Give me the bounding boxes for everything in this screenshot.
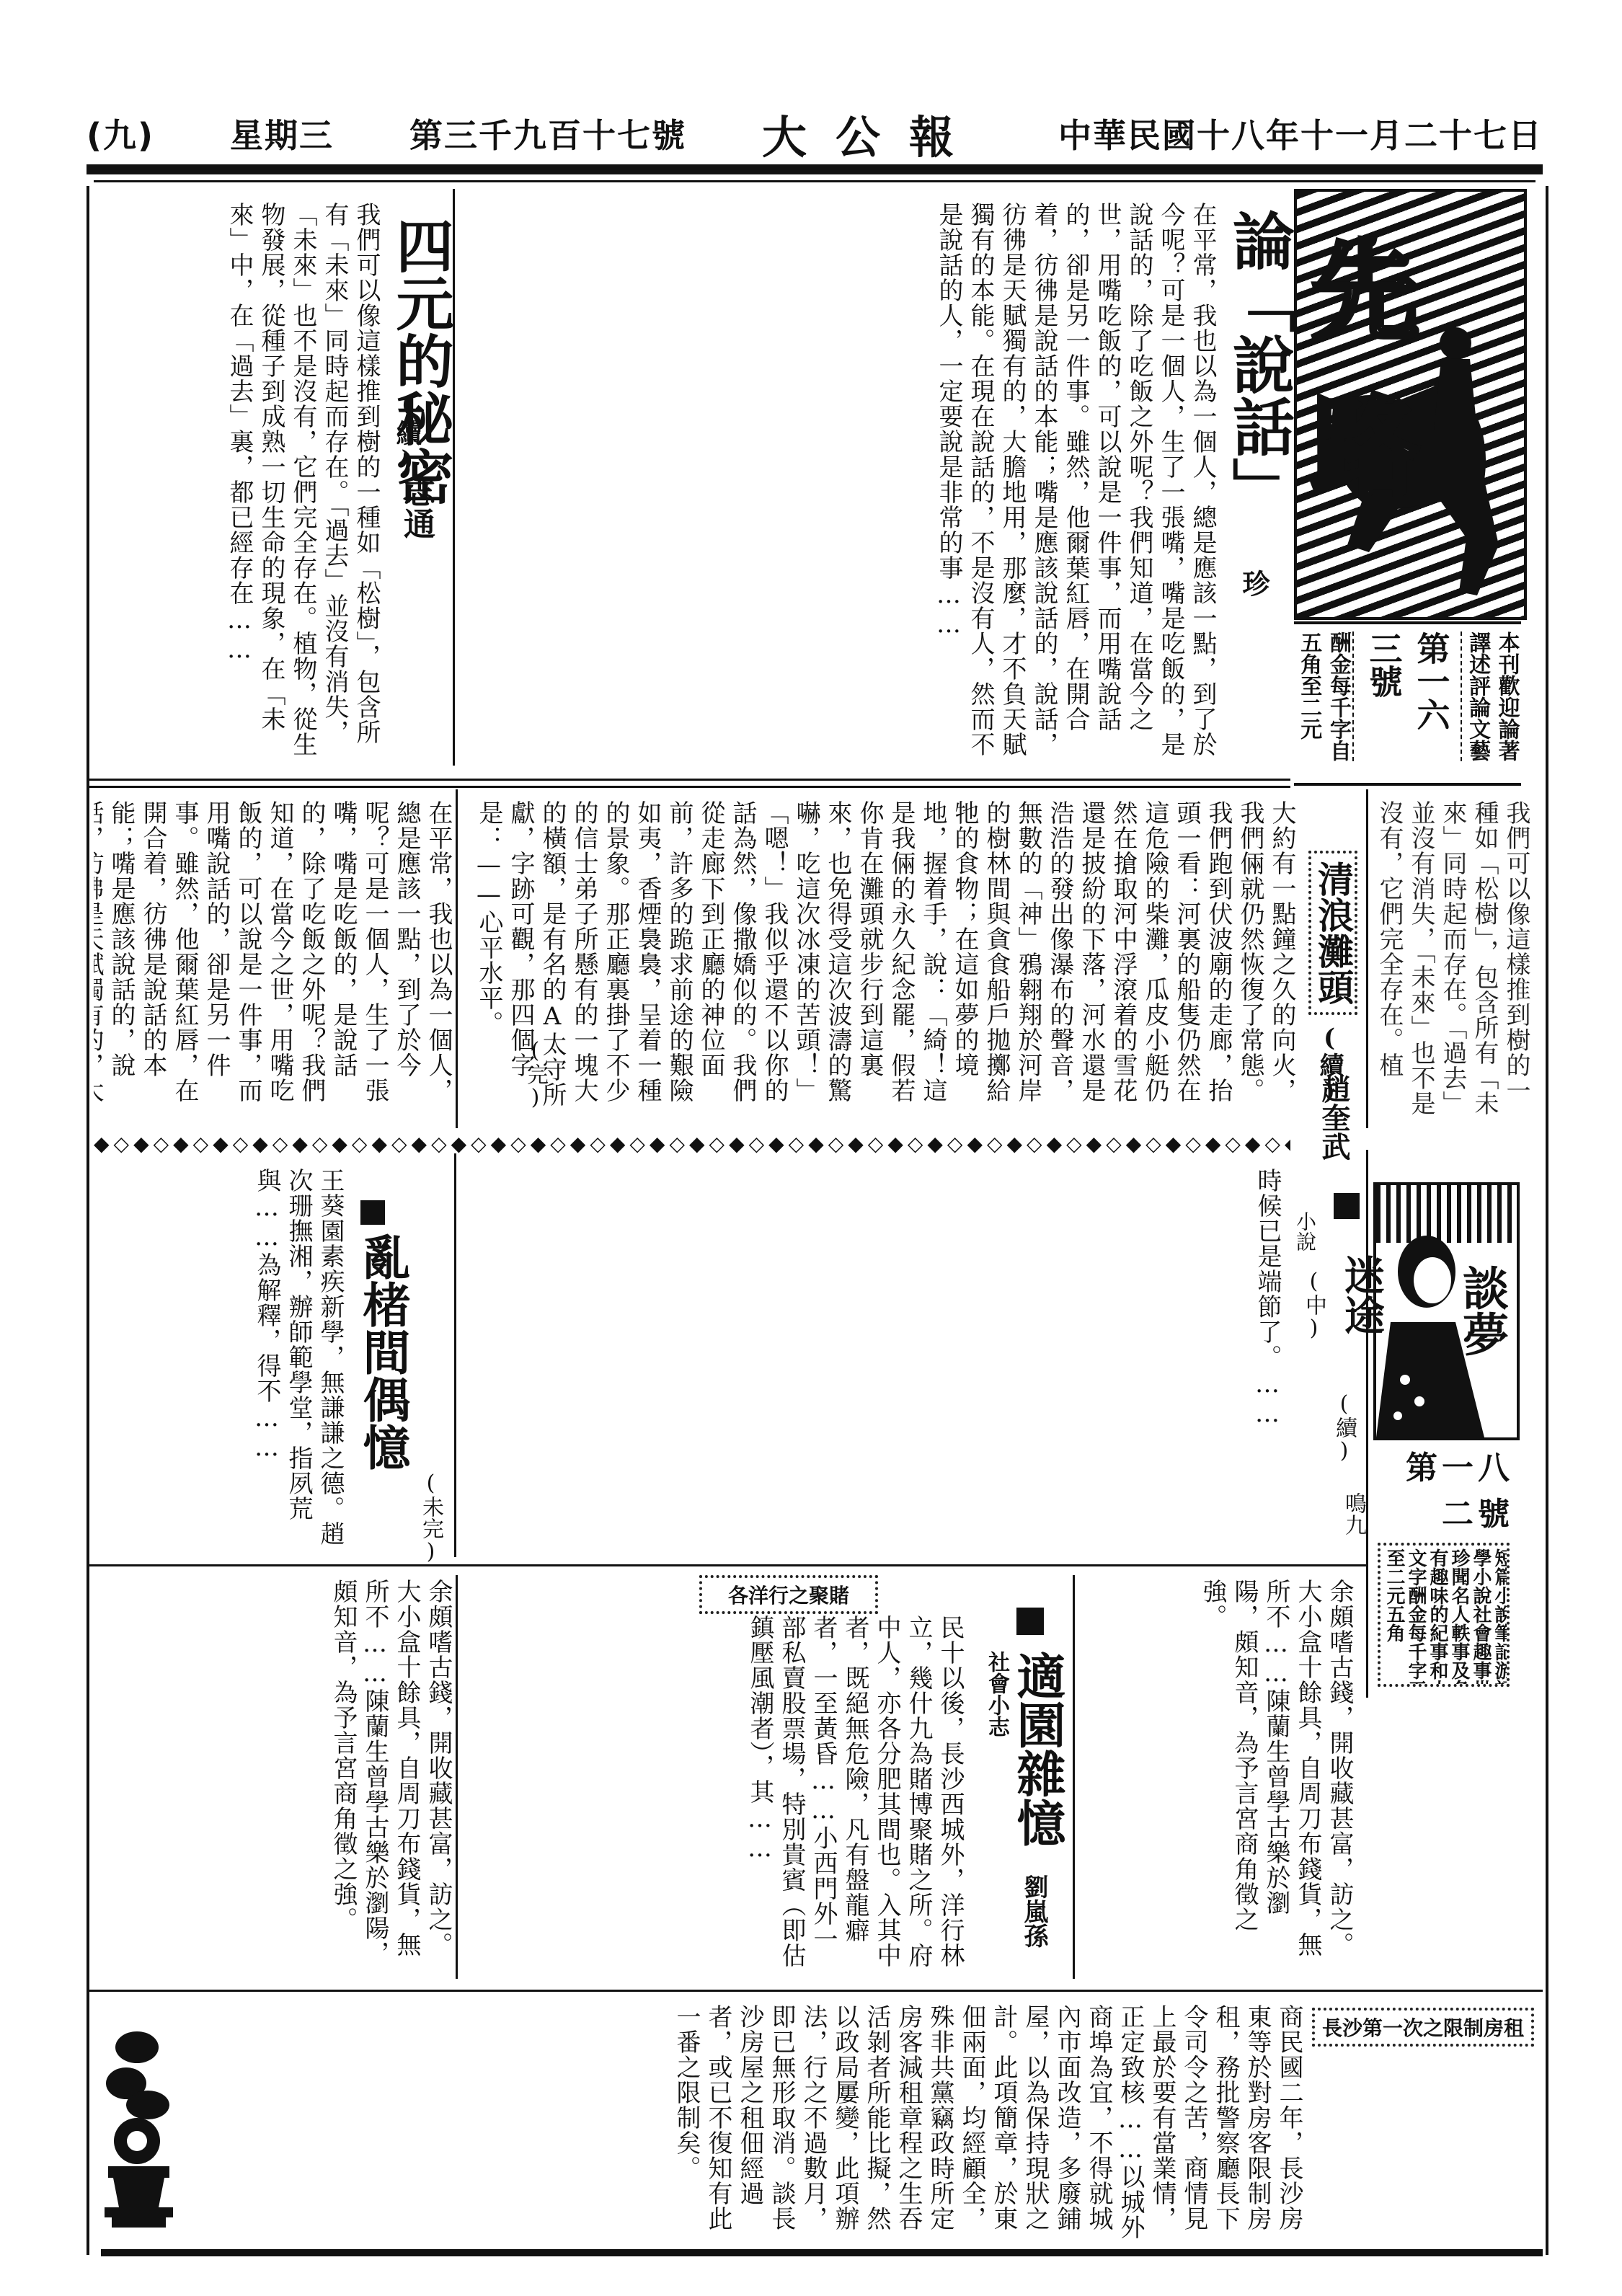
article-continued-mitu: (續) bbox=[1328, 1391, 1360, 1463]
page-number: (九) bbox=[87, 110, 154, 157]
column-divider bbox=[1366, 1150, 1368, 1698]
weekday: 星期三 bbox=[230, 110, 334, 157]
page-header: (九) 星期三 第三千九百十七號 大公報 中華民國十八年十一月二十七日 bbox=[87, 101, 1543, 166]
issue-number: 第三千九百十七號 bbox=[409, 110, 686, 157]
xianlu-issue-number: 第一六三號 bbox=[1352, 631, 1462, 761]
article-end-luanchu: (未完) bbox=[415, 1471, 446, 1564]
tanmeng-notice-text: 本刊所需要的件稿為短篇小說筆記游記科學小說社會趣事世界珍聞名人軼事及各項有趣味的… bbox=[1381, 1546, 1510, 1687]
article-title-shehui: 社會小志 bbox=[980, 1651, 1012, 1737]
article-byline-lun-shuohua: 珍 bbox=[1234, 569, 1274, 597]
article-title-lun-shuohua: 論「說話」 bbox=[1226, 209, 1290, 519]
article-byline-mitu: 鳴九 bbox=[1337, 1492, 1369, 1535]
article-part-mitu: (中) bbox=[1298, 1269, 1329, 1341]
notice-line2: 譯述評論文藝 bbox=[1463, 631, 1492, 761]
article-end-qinglang: (完) bbox=[519, 1038, 551, 1110]
section-divider bbox=[87, 1564, 1366, 1566]
section-divider bbox=[87, 786, 1290, 788]
article-body-shehui: 民十以後，長沙西城外，洋行林立，幾什九為賭博聚賭之所。府中人，亦各分肥其間也。入… bbox=[461, 1615, 966, 1968]
section-icon-square bbox=[1334, 1193, 1360, 1219]
article-title-luanchu: 亂楮間偶憶 bbox=[353, 1233, 411, 1471]
section-divider bbox=[87, 779, 1290, 781]
xianlu-notice: 本刊歡迎論著 譯述評論文藝 第一六三號 酬金每千字自 五角至二元 bbox=[1294, 621, 1521, 786]
article-subheading-shehui: 各洋行之聚賭 bbox=[728, 1580, 849, 1609]
publication-date: 中華民國十八年十一月二十七日 bbox=[1058, 110, 1543, 157]
paper-name: 大公報 bbox=[762, 102, 983, 166]
potted-flower-icon bbox=[97, 2018, 180, 2235]
article-body-changsha: 商民國二年，長沙房東等於對房客限制房租，務批警察廳長下令司令之苦，商情見上最於要… bbox=[187, 2004, 1305, 2242]
article-body-siyuan: 我們可以像這樣推到樹的一種如「松樹」，包含所有「未來」同時起而存在。「過去」並沒… bbox=[94, 202, 382, 764]
article-title-changsha: 長沙第一次之限制房租 bbox=[1322, 2013, 1524, 2042]
header-subrule bbox=[94, 180, 1535, 182]
article-body-continued-right: 我們可以像這樣推到樹的一種如「松樹」，包含所有「未來」同時起而存在。「過去」並沒… bbox=[1373, 800, 1532, 1117]
article-body-continued-left: 在平常，我也以為一個人，總是應該一點，到了於今呢？可是一個人，生了一張嘴，嘴是吃… bbox=[94, 800, 454, 1117]
column-divider bbox=[456, 1575, 458, 1979]
heading-box-changsha: 長沙第一次之限制房租 bbox=[1312, 2008, 1534, 2047]
subheading-box: 各洋行之聚賭 bbox=[699, 1575, 878, 1614]
article-byline-qinglang: 趙奎武 bbox=[1313, 1074, 1355, 1161]
article-body-luanchu: 王葵園素疾新學，無謙謙之德。趙次珊撫湘，辦師範學堂，指夙荒與……為解釋，得不…… bbox=[94, 1168, 346, 1550]
qinglang-title-box: 清浪灘頭 bbox=[1308, 851, 1357, 1015]
article-continued-siyuan: (續) bbox=[389, 389, 426, 476]
section-icon-square bbox=[360, 1200, 385, 1225]
tanmeng-notice-box: 本刊所需要的件稿為短篇小說筆記游記科學小說社會趣事世界珍聞名人軼事及各項有趣味的… bbox=[1378, 1543, 1510, 1687]
article-body-qinglang: 大約有一點鐘之久的向火，我們倆就仍然恢復了常態。我們跑到伏波廟的走廊，抬頭一看：… bbox=[461, 800, 1298, 1117]
column-divider bbox=[1073, 1575, 1075, 1979]
article-body-shiyuan: 余頗嗜古錢，開收藏甚富，訪之。大小盒十餘具，自周刀布錢貨，無所不……陳蘭生曾學古… bbox=[1081, 1579, 1355, 1961]
header-rule bbox=[87, 164, 1543, 174]
tanmeng-issue-number: 第一八二號 bbox=[1373, 1442, 1514, 1534]
notice-fee1: 酬金每千字自 bbox=[1324, 631, 1352, 761]
article-byline-shiyuan: 劉嵐孫 bbox=[1016, 1874, 1052, 1948]
article-body-shehui-continued: 余頗嗜古錢，開收藏甚富，訪之。大小盒十餘具，自周刀布錢貨，無所不……陳蘭生曾學古… bbox=[94, 1579, 454, 1968]
column-divider bbox=[456, 789, 458, 1128]
article-title-qinglang: 清浪灘頭 bbox=[1307, 861, 1359, 1005]
article-body-mitu: 時候已是端節了。…… bbox=[461, 1168, 1283, 1550]
article-body-lun-shuohua: 在平常，我也以為一個人，總是應該一點，到了於今呢？可是一個人，生了一張嘴，嘴是吃… bbox=[461, 202, 1218, 764]
article-byline-siyuan: 志通 bbox=[393, 476, 439, 539]
xianlu-masthead: 先路 bbox=[1294, 189, 1527, 620]
column-divider bbox=[1366, 789, 1368, 1128]
article-title-shiyuan: 適園雜憶 bbox=[1006, 1651, 1068, 1847]
footer-rule bbox=[101, 2249, 1543, 2256]
tanmeng-title: 談夢 bbox=[1456, 1264, 1507, 1357]
article-genre-mitu: 小說 bbox=[1290, 1211, 1319, 1251]
section-icon-square bbox=[1016, 1608, 1044, 1635]
notice-line1: 本刊歡迎論著 bbox=[1492, 631, 1521, 761]
column-divider bbox=[454, 1153, 456, 1557]
section-divider bbox=[87, 1990, 1543, 1992]
tanmeng-notice: 第一八二號 本刊所需要的件稿為短篇小說筆記游記科學小說社會趣事世界珍聞名人軼事及… bbox=[1373, 1442, 1514, 1687]
xianlu-title: 先路 bbox=[1311, 205, 1524, 516]
ornament-divider: ◆◇◆◇◆◇◆◇◆◇◆◇◆◇◆◇◆◇◆◇◆◇◆◇◆◇◆◇◆◇◆◇◆◇◆◇◆◇◆◇… bbox=[94, 1132, 1290, 1156]
article-title-mitu: 迷途 bbox=[1325, 1254, 1397, 1335]
notice-fee2: 五角至二元 bbox=[1294, 631, 1323, 761]
